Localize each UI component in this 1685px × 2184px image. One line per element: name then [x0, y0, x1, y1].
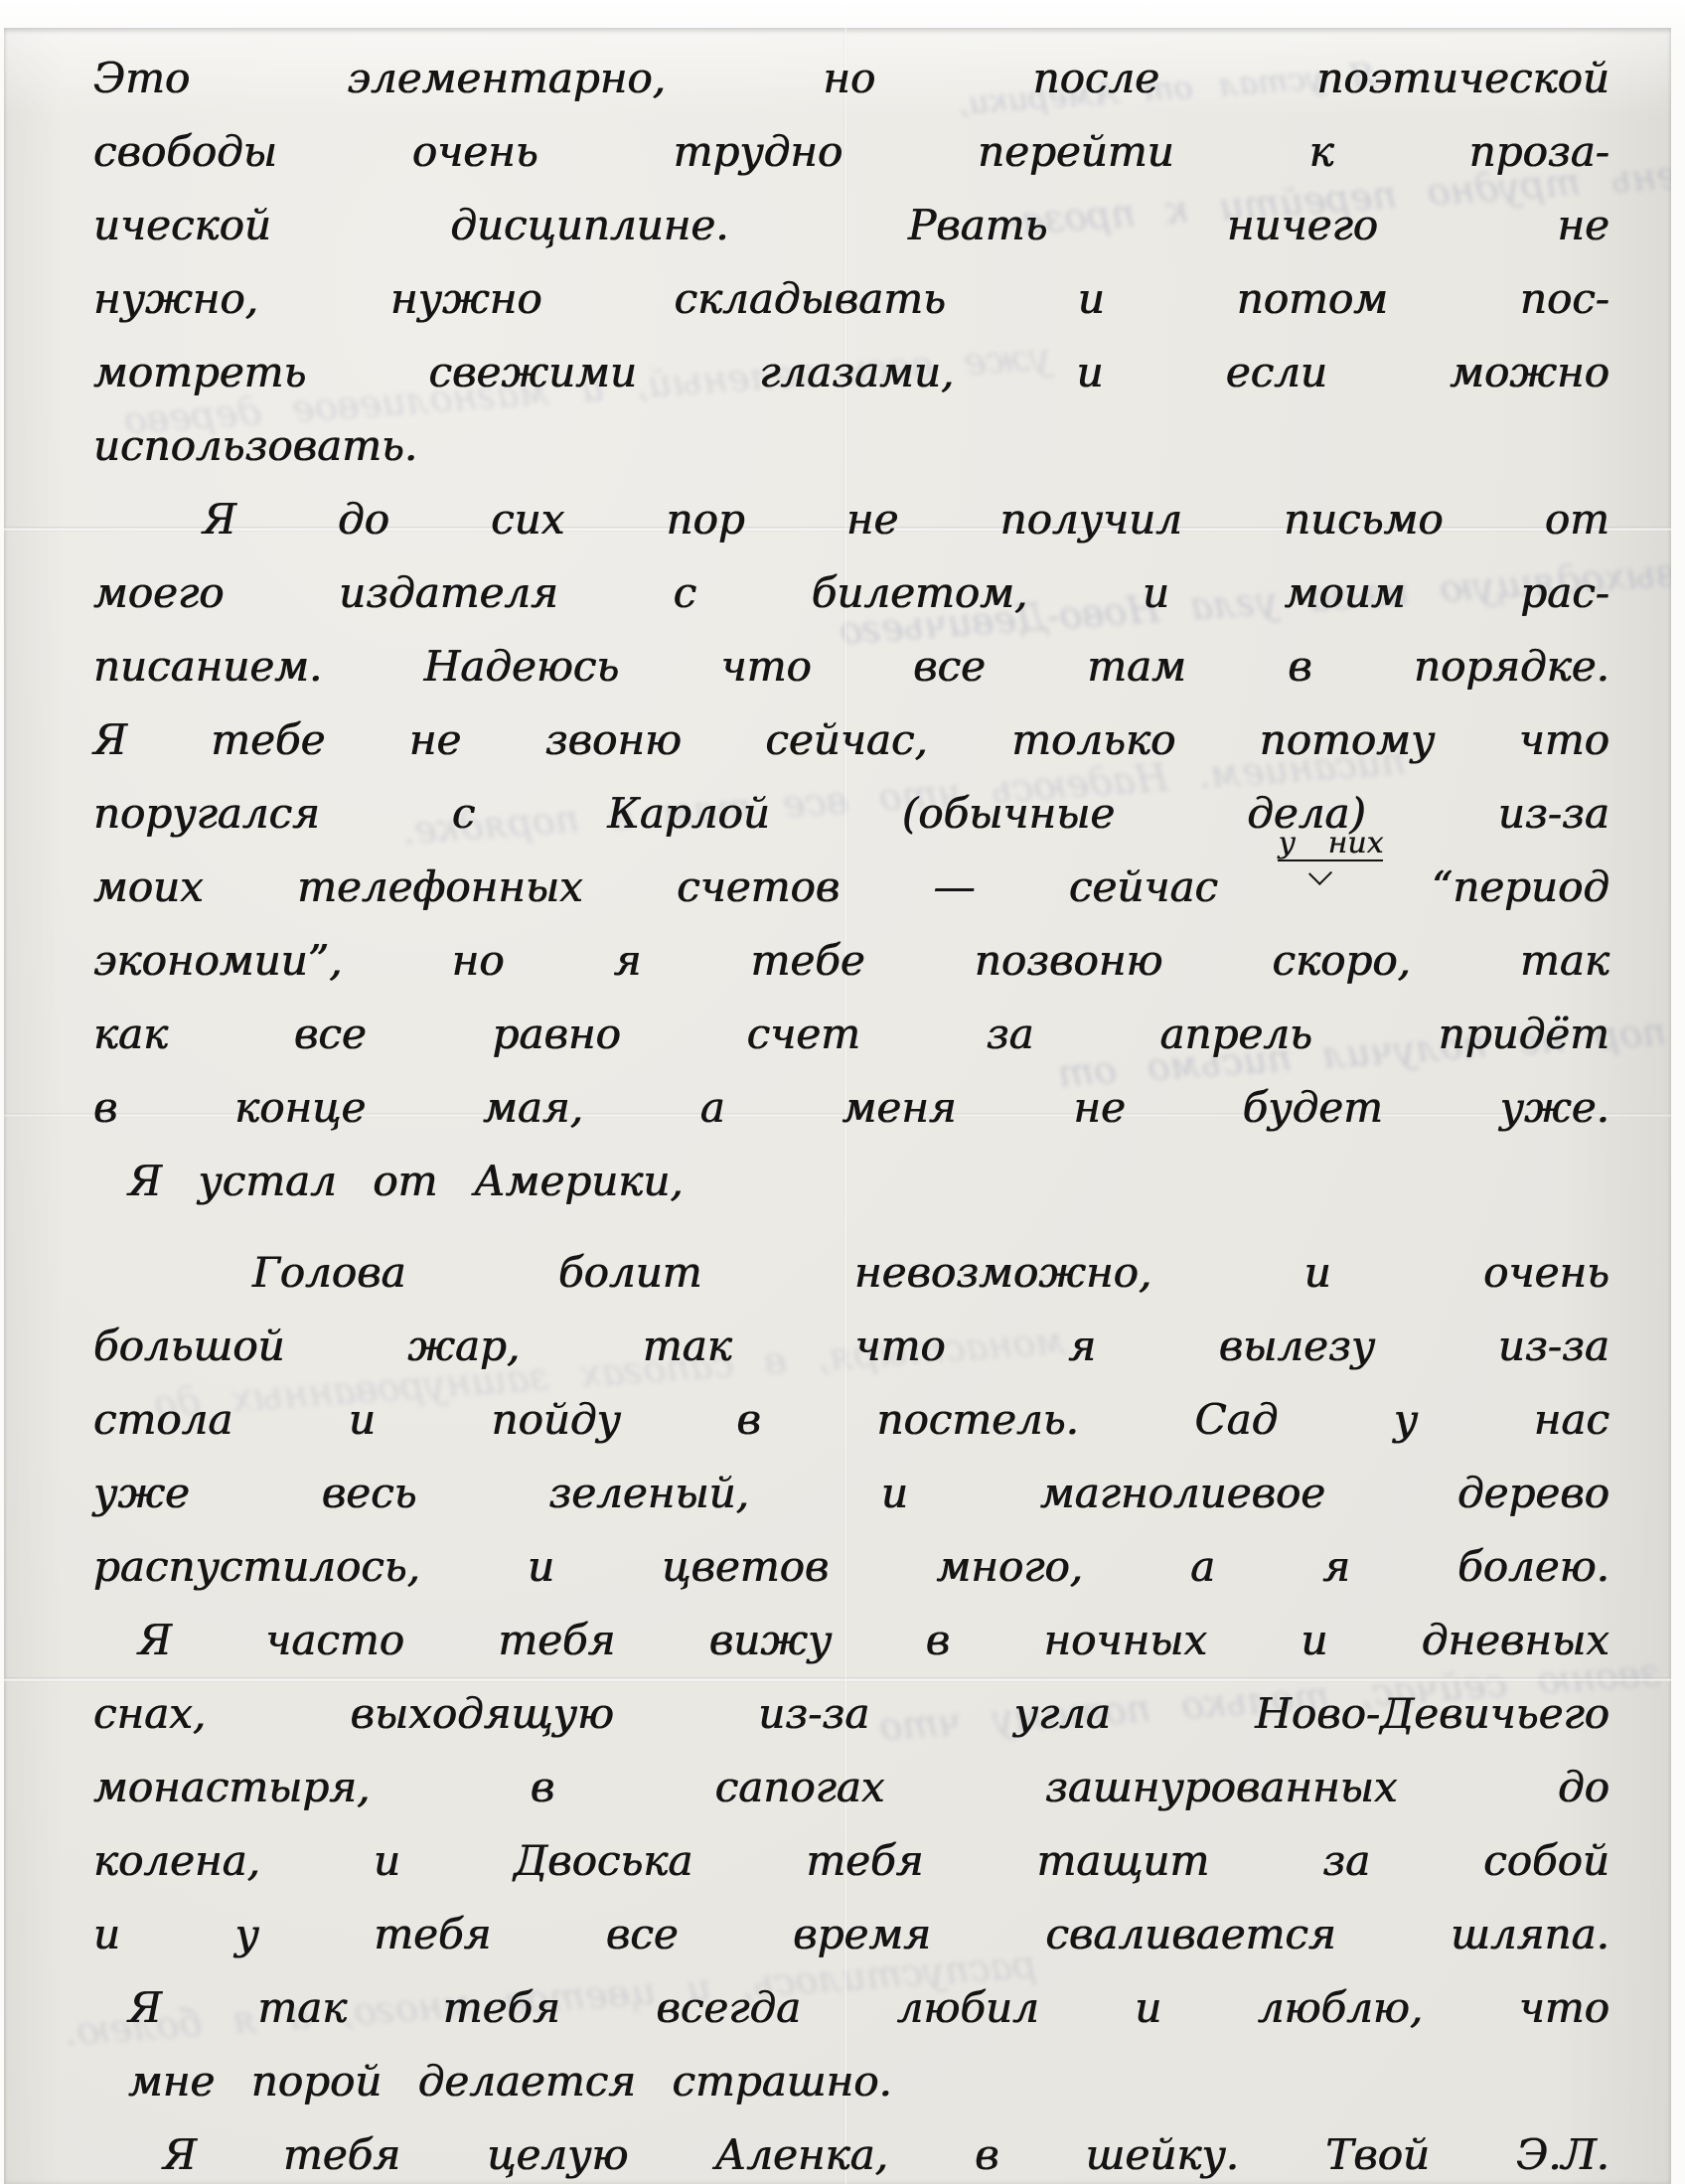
letter-line-29: Я тебя целую Аленка, в шейку. Твой Э.Л. — [93, 2118, 1609, 2184]
letter-line-08: моего издателя с билетом, и моим рас- — [93, 556, 1609, 630]
letter-line-23: снах, выходящую из-за угла Ново-Девичьег… — [93, 1677, 1609, 1751]
letter-line-07: Я до сих пор не получил письмо от — [93, 483, 1609, 556]
letter-line-05: мотреть свежими глазами, и если можно — [93, 336, 1609, 409]
letter-line-24: монастыря, в сапогах зашнурованных до — [93, 1751, 1609, 1824]
letter-line-15: в конце мая, а меня не будет уже. — [93, 1071, 1609, 1145]
line-12-after: “период — [1432, 862, 1609, 911]
letter-line-01: Это элементарно, но после поэтической — [93, 42, 1609, 115]
letter-line-04: нужно, нужно складывать и потом пос- — [93, 262, 1609, 336]
letter-line-19: стола и пойду в постель. Сад у нас — [93, 1383, 1609, 1457]
insertion-anchor: у них — [1311, 891, 1337, 901]
letter-page: Я устал от Америки, свободы очень трудно… — [4, 28, 1671, 2184]
letter-line-26: и у тебя все время сваливается шляпа. — [93, 1898, 1609, 1971]
letter-line-03: ической дисциплине. Рвать ничего не — [93, 189, 1609, 262]
letter-line-10: Я тебе не звоню сейчас, только потому чт… — [93, 703, 1609, 777]
line-12-before: моих телефонных счетов — сейчас — [93, 862, 1218, 911]
letter-line-02: свободы очень трудно перейти к проза- — [93, 115, 1609, 189]
interlinear-insertion: у них — [1278, 828, 1383, 861]
letter-line-27: Я так тебя всегда любил и люблю, что — [93, 1971, 1609, 2045]
insertion-caret-icon — [1308, 861, 1332, 885]
letter-line-25: колена, и Двоська тебя тащит за собой — [93, 1824, 1609, 1898]
letter-line-17: Голова болит невозможно, и очень — [93, 1236, 1609, 1310]
letter-line-06: использовать. — [93, 409, 1609, 483]
letter-line-13: экономии”, но я тебе позвоню скоро, так — [93, 924, 1609, 998]
letter-line-21: распустилось, и цветов много, а я болею. — [93, 1530, 1609, 1604]
letter-line-12: моих телефонных счетов — сейчас у них “п… — [93, 851, 1609, 924]
handwritten-text: Это элементарно, но после поэтической св… — [93, 42, 1609, 2184]
letter-line-16: Я устал от Америки, — [93, 1145, 1609, 1218]
letter-line-28: мне порой делается страшно. — [93, 2045, 1609, 2118]
letter-line-22: Я часто тебя вижу в ночных и дневных — [93, 1604, 1609, 1677]
letter-line-14: как все равно счет за апрель придёт — [93, 998, 1609, 1071]
letter-line-18: большой жар, так что я вылезу из-за — [93, 1310, 1609, 1383]
letter-line-20: уже весь зеленый, и магнолиевое дерево — [93, 1457, 1609, 1530]
scanned-letter: Я устал от Америки, свободы очень трудно… — [0, 0, 1685, 2184]
letter-line-09: писанием. Надеюсь что все там в порядке. — [93, 630, 1609, 703]
